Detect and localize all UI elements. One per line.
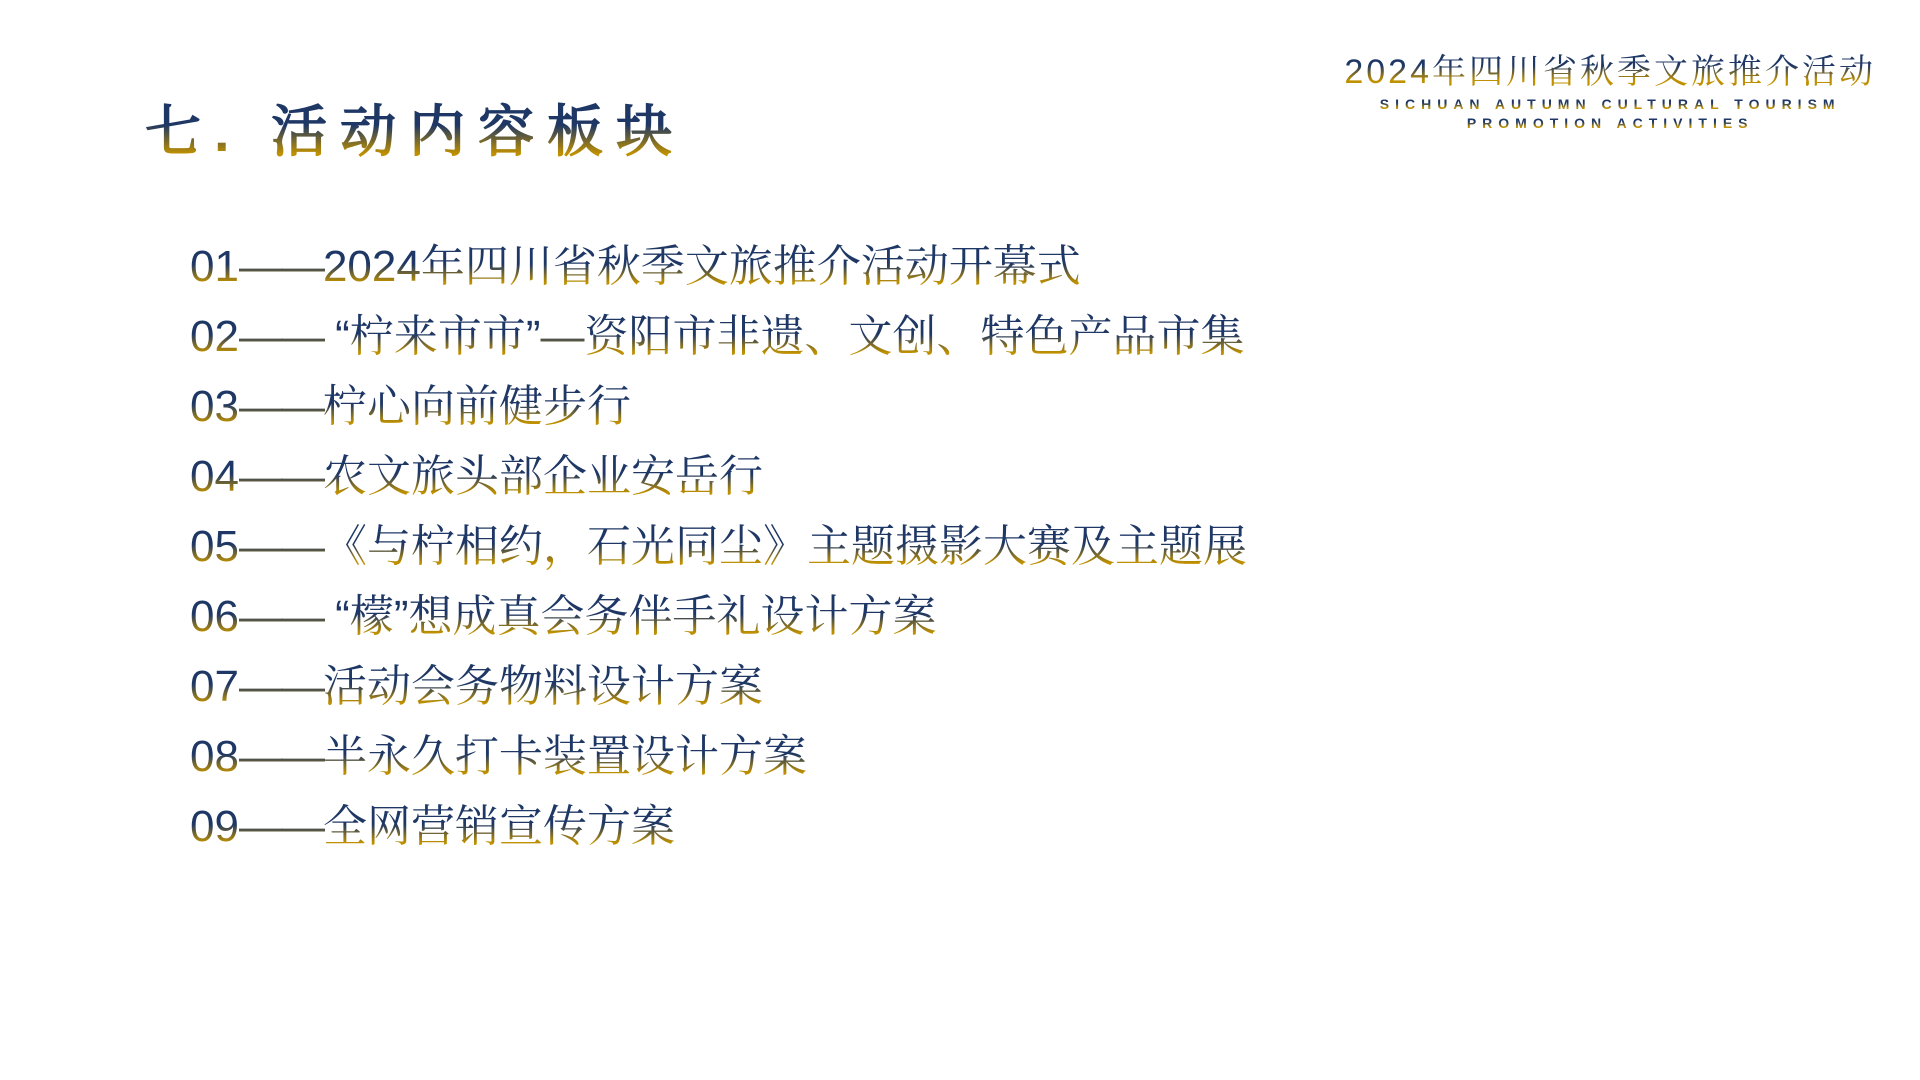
page-title: 七. 活动内容板块 — [145, 88, 685, 168]
item-label: “柠来市市”—资阳市非遗、文创、特色产品市集 — [323, 312, 1245, 361]
item-number: 06 — [190, 592, 239, 641]
item-label: 农文旅头部企业安岳行 — [323, 452, 763, 501]
item-dash: —— — [239, 662, 323, 711]
item-dash: —— — [239, 242, 323, 291]
item-dash: —— — [239, 522, 323, 571]
item-dash: —— — [239, 802, 323, 851]
item-label: 柠心向前健步行 — [323, 382, 631, 431]
item-label: “檬”想成真会务伴手礼设计方案 — [323, 592, 937, 641]
list-item: 08——半永久打卡装置设计方案 — [190, 722, 1247, 792]
event-header: 2024年四川省秋季文旅推介活动 SICHUAN AUTUMN CULTURAL… — [1344, 44, 1876, 131]
item-label: 活动会务物料设计方案 — [323, 662, 763, 711]
agenda-list: 01——2024年四川省秋季文旅推介活动开幕式 02—— “柠来市市”—资阳市非… — [190, 232, 1247, 862]
item-label: 半永久打卡装置设计方案 — [323, 732, 807, 781]
item-number: 05 — [190, 522, 239, 571]
list-item: 04——农文旅头部企业安岳行 — [190, 442, 1247, 512]
item-dash: —— — [239, 452, 323, 501]
list-item: 01——2024年四川省秋季文旅推介活动开幕式 — [190, 232, 1247, 302]
item-number: 02 — [190, 312, 239, 361]
list-item: 03——柠心向前健步行 — [190, 372, 1247, 442]
item-number: 09 — [190, 802, 239, 851]
item-dash: —— — [239, 312, 323, 361]
item-dash: —— — [239, 592, 323, 641]
item-number: 08 — [190, 732, 239, 781]
item-label: 《与柠相约，石光同尘》主题摄影大赛及主题展 — [323, 522, 1247, 571]
item-label: 2024年四川省秋季文旅推介活动开幕式 — [323, 242, 1081, 291]
list-item: 09——全网营销宣传方案 — [190, 792, 1247, 862]
item-number: 03 — [190, 382, 239, 431]
item-number: 07 — [190, 662, 239, 711]
item-dash: —— — [239, 382, 323, 431]
list-item: 05——《与柠相约，石光同尘》主题摄影大赛及主题展 — [190, 512, 1247, 582]
event-title-cn: 2024年四川省秋季文旅推介活动 — [1344, 44, 1876, 93]
slide-canvas: { "slide_title": "七. 活动内容板块", "header": … — [0, 0, 1920, 1080]
list-item: 06—— “檬”想成真会务伴手礼设计方案 — [190, 582, 1247, 652]
event-subtitle-en-line2: PROMOTION ACTIVITIES — [1344, 115, 1876, 131]
list-item: 02—— “柠来市市”—资阳市非遗、文创、特色产品市集 — [190, 302, 1247, 372]
item-number: 04 — [190, 452, 239, 501]
item-dash: —— — [239, 732, 323, 781]
item-label: 全网营销宣传方案 — [323, 802, 675, 851]
item-number: 01 — [190, 242, 239, 291]
list-item: 07——活动会务物料设计方案 — [190, 652, 1247, 722]
event-subtitle-en-line1: SICHUAN AUTUMN CULTURAL TOURISM — [1344, 96, 1876, 112]
